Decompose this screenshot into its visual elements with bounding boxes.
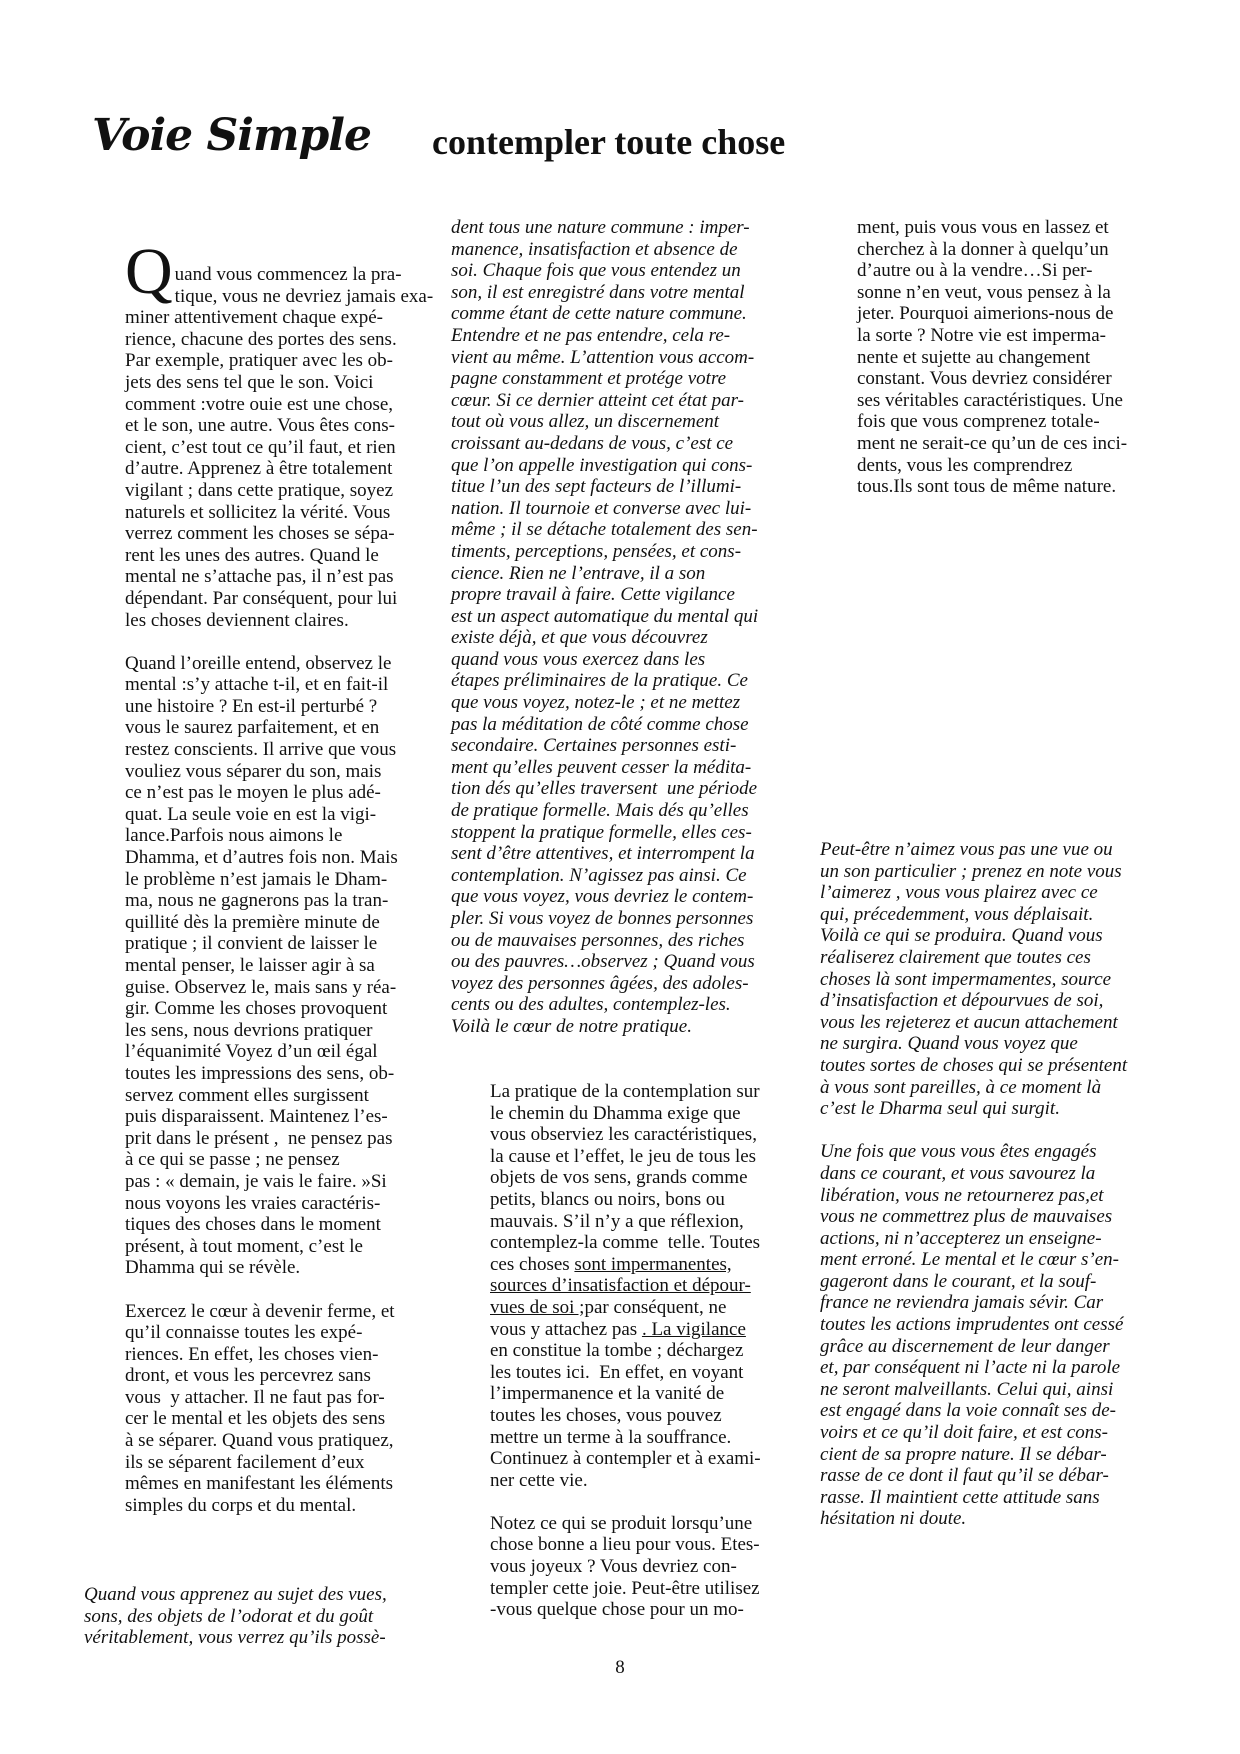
text-line: à se séparer. Quand vous pratiquez,	[125, 1430, 430, 1452]
text-line: vues de soi ;par conséquent, ne	[490, 1297, 790, 1319]
text-line: ment erroné. Le mental et le cœur s’en-	[820, 1249, 1160, 1271]
paragraph-lines: Quand vous apprenez au sujet des vues,so…	[84, 1584, 424, 1649]
text-line: -vous quelque chose pour un mo-	[490, 1599, 790, 1621]
text-line: qu’il connaisse toutes les expé-	[125, 1322, 430, 1344]
paragraph-lines: La pratique de la contemplation surle ch…	[490, 1081, 790, 1254]
paragraph-lines: Une fois que vous vous êtes engagésdans …	[820, 1141, 1160, 1530]
text-line: dront, et vous les percevrez sans	[125, 1365, 430, 1387]
text-line: verrez comment les choses se sépa-	[125, 523, 430, 545]
text-line: guise. Observez le, mais sans y réa-	[125, 977, 430, 999]
text-line: ment ne serait-ce qu’un de ces inci-	[857, 433, 1157, 455]
text-line: la cause et l’effet, le jeu de tous les	[490, 1146, 790, 1168]
text-line: grâce au discernement de leur danger	[820, 1336, 1160, 1358]
text-line: naturels et sollicitez la vérité. Vous	[125, 502, 430, 524]
text-line: que vous voyez, notez-le ; et ne mettez	[451, 692, 791, 714]
text-line: contemplation. N’agissez pas ainsi. Ce	[451, 865, 791, 887]
text-line: rasse de ce dont il faut qu’il se débar-	[820, 1465, 1160, 1487]
text-line: gageront dans le courant, et la souf-	[820, 1271, 1160, 1293]
text-span: ces choses	[490, 1254, 574, 1275]
text-line: et le son, une autre. Vous êtes cons-	[125, 415, 430, 437]
text-line: Une fois que vous vous êtes engagés	[820, 1141, 1160, 1163]
text-line: france ne reviendra jamais sévir. Car	[820, 1292, 1160, 1314]
text-line: ce n’est pas le moyen le plus adé-	[125, 782, 430, 804]
text-line: toutes les impressions des sens, ob-	[125, 1063, 430, 1085]
text-line: objets de vos sens, grands comme	[490, 1167, 790, 1189]
text-line: vous ne commettrez plus de mauvaises	[820, 1206, 1160, 1228]
text-line: les sens, nous devrions pratiquer	[125, 1020, 430, 1042]
text-line: la sorte ? Notre vie est imperma-	[857, 325, 1157, 347]
paragraph-lines: en constitue la tombe ; déchargezles tou…	[490, 1340, 790, 1491]
text-line: hésitation ni doute.	[820, 1508, 1160, 1530]
text-line: sources d’insatisfaction et dépour-	[490, 1275, 790, 1297]
text-line: sons, des objets de l’odorat et du goût	[84, 1606, 424, 1628]
text-line: quat. La seule voie en est la vigi-	[125, 804, 430, 826]
text-line: fois que vous comprenez totale-	[857, 411, 1157, 433]
paragraph-lines: ment, puis vous vous en lassez etcherche…	[857, 217, 1157, 498]
column-2-italic-paragraph: dent tous une nature commune : imper-man…	[451, 217, 791, 1038]
text-line: petits, blancs ou noirs, bons ou	[490, 1189, 790, 1211]
text-line: nation. Il tournoie et converse avec lui…	[451, 498, 791, 520]
text-line: à ce qui se passe ; ne pensez	[125, 1149, 430, 1171]
text-line: étapes préliminaires de la pratique. Ce	[451, 670, 791, 692]
paragraph-contemplation: La pratique de la contemplation surle ch…	[490, 1081, 790, 1491]
text-line: sonne n’en veut, vous pensez à la	[857, 282, 1157, 304]
text-line: tiques des choses dans le moment	[125, 1214, 430, 1236]
text-line: quillité dès la première minute de	[125, 912, 430, 934]
text-line: riences. En effet, les choses vien-	[125, 1344, 430, 1366]
paragraph-lines: Peut-être n’aimez vous pas une vue ouun …	[820, 839, 1160, 1120]
text-line: comme étant de cette nature commune.	[451, 303, 791, 325]
text-line: cience. Rien ne l’entrave, il a son	[451, 563, 791, 585]
text-line: mettre un terme à la souffrance.	[490, 1427, 790, 1449]
text-line: Entendre et ne pas entendre, cela re-	[451, 325, 791, 347]
text-line: réaliserez clairement que toutes ces	[820, 947, 1160, 969]
text-line: vouliez vous séparer du son, mais	[125, 761, 430, 783]
text-line: un son particulier ; prenez en note vous	[820, 861, 1160, 883]
text-line: et, par conséquent ni l’acte ni la parol…	[820, 1357, 1160, 1379]
text-line: vous y attachez pas . La vigilance	[490, 1319, 790, 1341]
text-line: mental penser, le laisser agir à sa	[125, 955, 430, 977]
text-line: simples du corps et du mental.	[125, 1495, 430, 1517]
underlined-text: vues de soi ;	[490, 1297, 584, 1318]
text-line: pagne constamment et protége votre	[451, 368, 791, 390]
text-line: Notez ce qui se produit lorsqu’une	[490, 1513, 790, 1535]
text-line: jets des sens tel que le son. Voici	[125, 372, 430, 394]
column-3-italic-paragraphs: Peut-être n’aimez vous pas une vue ouun …	[820, 839, 1160, 1530]
text-line: dépendant. Par conséquent, pour lui	[125, 588, 430, 610]
paragraph-lines: dent tous une nature commune : imper-man…	[451, 217, 791, 1038]
text-line: sent d’être attentives, et interrompent …	[451, 843, 791, 865]
text-line: dent tous une nature commune : imper-	[451, 217, 791, 239]
text-line: Quand l’oreille entend, observez le	[125, 653, 430, 675]
text-line: cœur. Si ce dernier atteint cet état par…	[451, 390, 791, 412]
text-line: cient, c’est tout ce qu’il faut, et rien	[125, 437, 430, 459]
column-2-body: La pratique de la contemplation surle ch…	[490, 1081, 790, 1621]
paragraph-lines: Quand l’oreille entend, observez lementa…	[125, 653, 430, 1279]
text-line: titue l’un des sept facteurs de l’illumi…	[451, 476, 791, 498]
text-line: Peut-être n’aimez vous pas une vue ou	[820, 839, 1160, 861]
page-number: 8	[0, 1657, 1240, 1679]
text-line: cherchez à la donner à quelqu’un	[857, 239, 1157, 261]
text-line: présent, à tout moment, c’est le	[125, 1236, 430, 1258]
text-line: mental :s’y attache t-il, et en fait-il	[125, 674, 430, 696]
text-line: libération, vous ne retournerez pas,et	[820, 1185, 1160, 1207]
paragraph-lines: Notez ce qui se produit lorsqu’unechose …	[490, 1513, 790, 1621]
text-line: ner cette vie.	[490, 1470, 790, 1492]
text-line: Quand vous apprenez au sujet des vues,	[84, 1584, 424, 1606]
text-line: est engagé dans la voie connaît ses de-	[820, 1400, 1160, 1422]
text-line: c’est le Dharma seul qui surgit.	[820, 1098, 1160, 1120]
text-line: dans ce courant, et vous savourez la	[820, 1163, 1160, 1185]
text-line: nous voyons les vraies caractéris-	[125, 1193, 430, 1215]
text-line: La pratique de la contemplation sur	[490, 1081, 790, 1103]
text-line: restez conscients. Il arrive que vous	[125, 739, 430, 761]
text-line: en constitue la tombe ; déchargez	[490, 1340, 790, 1362]
text-line: puis disparaissent. Maintenez l’es-	[125, 1106, 430, 1128]
text-line: propre travail à faire. Cette vigilance	[451, 584, 791, 606]
text-line: ses véritables caractéristiques. Une	[857, 390, 1157, 412]
text-line: rience, chacune des portes des sens.	[125, 329, 430, 351]
text-line: vous observiez les caractéristiques,	[490, 1124, 790, 1146]
text-line: véritablement, vous verrez qu’ils possè-	[84, 1627, 424, 1649]
text-line: quand vous vous exercez dans les	[451, 649, 791, 671]
text-line: d’autre ou à la vendre…Si per-	[857, 260, 1157, 282]
text-line: tion dés qu’elles traversent une période	[451, 778, 791, 800]
text-line: jeter. Pourquoi aimerions-nous de	[857, 303, 1157, 325]
paragraph-oreille: Quand l’oreille entend, observez lementa…	[125, 653, 430, 1279]
text-line: nente et sujette au changement	[857, 347, 1157, 369]
text-line: cer le mental et les objets des sens	[125, 1408, 430, 1430]
text-line: à vous sont pareilles, à ce moment là	[820, 1077, 1160, 1099]
text-line: servez comment elles surgissent	[125, 1085, 430, 1107]
text-line: le chemin du Dhamma exige que	[490, 1103, 790, 1125]
text-line: d’autre. Apprenez à être totalement	[125, 458, 430, 480]
paragraph-lines: Exercez le cœur à devenir ferme, etqu’il…	[125, 1301, 430, 1517]
text-line: vient au même. L’attention vous accom-	[451, 347, 791, 369]
text-line: comment :votre ouie est une chose,	[125, 394, 430, 416]
text-line: toutes les actions imprudentes ont cessé	[820, 1314, 1160, 1336]
text-line: ne surgira. Quand vous voyez que	[820, 1033, 1160, 1055]
text-line: miner attentivement chaque expé-	[125, 307, 430, 329]
text-line: voyez des personnes âgées, des adoles-	[451, 973, 791, 995]
text-line: constant. Vous devriez considérer	[857, 368, 1157, 390]
page-subtitle: contempler toute chose	[432, 118, 785, 166]
text-line: l’équanimité Voyez d’un œil égal	[125, 1041, 430, 1063]
text-line: Continuez à contempler et à exami-	[490, 1448, 790, 1470]
page-title: Voie Simple	[92, 108, 371, 164]
paragraph-lines: tique, vous ne devriez jamais exa-miner …	[125, 286, 430, 632]
text-line: que vous voyez, vous devriez le contem-	[451, 886, 791, 908]
text-line: ou de mauvaises personnes, des riches	[451, 930, 791, 952]
text-line: existe déjà, et que vous découvrez	[451, 627, 791, 649]
document-page: Voie Simple contempler toute chose Q uan…	[0, 0, 1240, 1754]
text-line: Par exemple, pratiquer avec les ob-	[125, 350, 430, 372]
text-line: gir. Comme les choses provoquent	[125, 998, 430, 1020]
text-line: même ; il se détache totalement des sen-	[451, 519, 791, 541]
text-line: vigilant ; dans cette pratique, soyez	[125, 480, 430, 502]
text-line: rasse. Il maintient cette attitude sans	[820, 1487, 1160, 1509]
paragraph-exercez: Exercez le cœur à devenir ferme, etqu’il…	[125, 1301, 430, 1517]
text-line: rent les unes des autres. Quand le	[125, 545, 430, 567]
text-line: ou des pauvres…observez ; Quand vous	[451, 951, 791, 973]
paragraph-intro: Q uand vous commencez la pra- tique, vou…	[125, 242, 430, 631]
text-line: les choses deviennent claires.	[125, 610, 430, 632]
text-line: Exercez le cœur à devenir ferme, et	[125, 1301, 430, 1323]
text-line: tout où vous allez, un discernement	[451, 411, 791, 433]
text-span: par conséquent, ne	[584, 1297, 726, 1318]
text-line: mauvais. S’il n’y a que réflexion,	[490, 1211, 790, 1233]
paragraph-peut-etre: Peut-être n’aimez vous pas une vue ouun …	[820, 839, 1160, 1120]
text-line: timents, perceptions, pensées, et cons-	[451, 541, 791, 563]
text-line: est un aspect automatique du mental qui	[451, 606, 791, 628]
drop-cap: Q	[125, 246, 173, 298]
text-line: actions, ni n’accepterez un enseigne-	[820, 1228, 1160, 1250]
text-line: templer cette joie. Peut-être utilisez	[490, 1578, 790, 1600]
text-line: ment, puis vous vous en lassez et	[857, 217, 1157, 239]
text-line: d’insatisfaction et dépourvues de soi,	[820, 990, 1160, 1012]
text-line: ment qu’elles peuvent cesser la médita-	[451, 757, 791, 779]
underlined-text: . La vigilance	[642, 1319, 746, 1340]
text-line: voirs et ce qu’il doit faire, et est con…	[820, 1422, 1160, 1444]
text-line: pratique ; il convient de laisser le	[125, 933, 430, 955]
text-line: pler. Si vous voyez de bonnes personnes	[451, 908, 791, 930]
text-line: Voilà le cœur de notre pratique.	[451, 1016, 791, 1038]
text-line: ma, nous ne gagnerons pas la tran-	[125, 890, 430, 912]
text-line: qui, précedemment, vous déplaisait.	[820, 904, 1160, 926]
text-line: ils se séparent facilement d’eux	[125, 1452, 430, 1474]
text-line: cient de sa propre nature. Il se débar-	[820, 1444, 1160, 1466]
underlined-text: sources d’insatisfaction et dépour-	[490, 1275, 751, 1296]
text-line: croissant au-dedans de vous, c’est ce	[451, 433, 791, 455]
text-line: contemplez-la comme telle. Toutes	[490, 1232, 790, 1254]
text-line: cents ou des adultes, contemplez-les.	[451, 994, 791, 1016]
text-line: une histoire ? En est-il perturbé ?	[125, 696, 430, 718]
text-line: vous joyeux ? Vous devriez con-	[490, 1556, 790, 1578]
text-line: son, il est enregistré dans votre mental	[451, 282, 791, 304]
paragraph-notez: Notez ce qui se produit lorsqu’unechose …	[490, 1513, 790, 1621]
text-line: pas la méditation de côté comme chose	[451, 714, 791, 736]
text-line: ne seront malveillants. Celui qui, ainsi	[820, 1379, 1160, 1401]
paragraph-une-fois: Une fois que vous vous êtes engagésdans …	[820, 1141, 1160, 1530]
text-line: mêmes en manifestant les éléments	[125, 1473, 430, 1495]
text-line: secondaire. Certaines personnes esti-	[451, 735, 791, 757]
column-3-body: ment, puis vous vous en lassez etcherche…	[857, 217, 1157, 498]
text-line: Voilà ce qui se produira. Quand vous	[820, 925, 1160, 947]
column-1: Q uand vous commencez la pra- tique, vou…	[125, 242, 430, 1516]
text-line: le problème n’est jamais le Dham-	[125, 869, 430, 891]
text-line: Dhamma, et d’autres fois non. Mais	[125, 847, 430, 869]
text-line: mental ne s’attache pas, il n’est pas	[125, 566, 430, 588]
text-line: les toutes ici. En effet, en voyant	[490, 1362, 790, 1384]
text-line: vous les rejeterez et aucun attachement	[820, 1012, 1160, 1034]
text-line: l’aimerez , vous vous plairez avec ce	[820, 882, 1160, 904]
text-line: lance.Parfois nous aimons le	[125, 825, 430, 847]
text-line: l’impermanence et la vanité de	[490, 1383, 790, 1405]
text-line: chose bonne a lieu pour vous. Etes-	[490, 1534, 790, 1556]
text-line: soi. Chaque fois que vous entendez un	[451, 260, 791, 282]
text-line: ces choses sont impermanentes,	[490, 1254, 790, 1276]
text-line: vous y attacher. Il ne faut pas for-	[125, 1387, 430, 1409]
text-line: toutes sortes de choses qui se présenten…	[820, 1055, 1160, 1077]
text-span: vous y attachez pas	[490, 1319, 642, 1340]
text-line: dents, vous les comprendrez	[857, 455, 1157, 477]
text-line: de pratique formelle. Mais dés qu’elles	[451, 800, 791, 822]
text-line: pas : « demain, je vais le faire. »Si	[125, 1171, 430, 1193]
underlined-text: sont impermanentes,	[574, 1254, 731, 1275]
text-line: tous.Ils sont tous de même nature.	[857, 476, 1157, 498]
text-line: prit dans le présent , ne pensez pas	[125, 1128, 430, 1150]
text-line: Dhamma qui se révèle.	[125, 1257, 430, 1279]
text-line: vous le saurez parfaitement, et en	[125, 717, 430, 739]
text-line: toutes les choses, vous pouvez	[490, 1405, 790, 1427]
text-line: choses là sont impermamentes, source	[820, 969, 1160, 991]
text-line: manence, insatisfaction et absence de	[451, 239, 791, 261]
text-line: que l’on appelle investigation qui cons-	[451, 455, 791, 477]
text-line: stoppent la pratique formelle, elles ces…	[451, 822, 791, 844]
column-1-italic-paragraph: Quand vous apprenez au sujet des vues,so…	[84, 1584, 424, 1649]
